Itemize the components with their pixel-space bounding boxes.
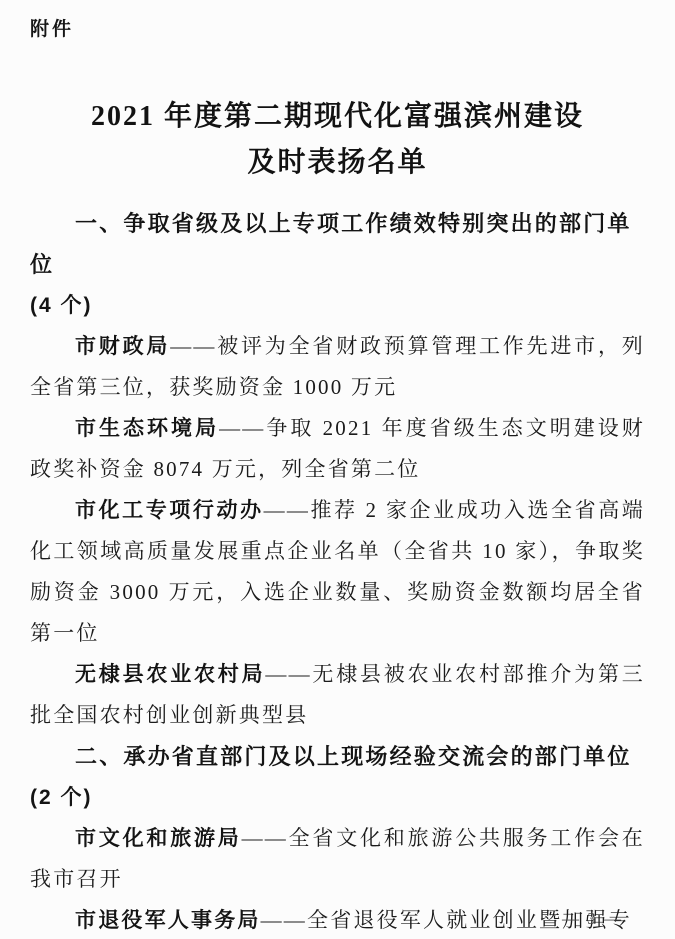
title-line-2: 及时表扬名单 (30, 140, 645, 186)
org-dash: —— (242, 826, 288, 850)
document-page: 附件 2021 年度第二期现代化富强滨州建设及时表扬名单 一、争取省级及以上专项… (0, 0, 675, 939)
commendation-item: 市化工专项行动办——推荐 2 家企业成功入选全省高端化工领域高质量发展重点企业名… (30, 490, 645, 654)
page-number: — 3 — (562, 909, 623, 929)
org-dash: —— (264, 498, 310, 522)
commendation-item: 市退役军人事务局——全省退役军人就业创业暨加强专 (30, 900, 645, 939)
org-dash: —— (261, 908, 307, 932)
org-name: 市化工专项行动办 (75, 498, 264, 522)
org-name: 无棣县农业农村局 (75, 662, 265, 686)
commendation-item: 无棣县农业农村局——无棣县被农业农村部推介为第三批全国农村创业创新典型县 (30, 654, 645, 736)
org-dash: —— (219, 416, 265, 440)
document-title: 2021 年度第二期现代化富强滨州建设及时表扬名单 (30, 94, 645, 186)
org-name: 市文化和旅游局 (75, 826, 242, 850)
org-dash: —— (170, 334, 216, 358)
org-dash: —— (265, 662, 311, 686)
attachment-label: 附件 (30, 16, 645, 44)
org-name: 市退役军人事务局 (75, 908, 261, 932)
section-1-count: (4 个) (30, 285, 645, 326)
commendation-item: 市财政局——被评为全省财政预算管理工作先进市，列全省第三位，获奖励资金 1000… (30, 326, 645, 408)
commendation-item: 市文化和旅游局——全省文化和旅游公共服务工作会在我市召开 (30, 818, 645, 900)
commendation-item: 市生态环境局——争取 2021 年度省级生态文明建设财政奖补资金 8074 万元… (30, 408, 645, 490)
title-line-1: 2021 年度第二期现代化富强滨州建设 (30, 94, 645, 140)
section-1: 一、争取省级及以上专项工作绩效特别突出的部门单位 (4 个) 市财政局——被评为… (30, 203, 645, 736)
section-1-heading: 一、争取省级及以上专项工作绩效特别突出的部门单位 (30, 203, 645, 285)
section-2-count: (2 个) (30, 777, 645, 818)
org-name: 市生态环境局 (75, 416, 219, 440)
org-name: 市财政局 (75, 334, 170, 358)
document-body: 一、争取省级及以上专项工作绩效特别突出的部门单位 (4 个) 市财政局——被评为… (30, 203, 645, 939)
section-2-heading: 二、承办省直部门及以上现场经验交流会的部门单位 (30, 736, 645, 777)
section-2: 二、承办省直部门及以上现场经验交流会的部门单位 (2 个) 市文化和旅游局——全… (30, 736, 645, 939)
